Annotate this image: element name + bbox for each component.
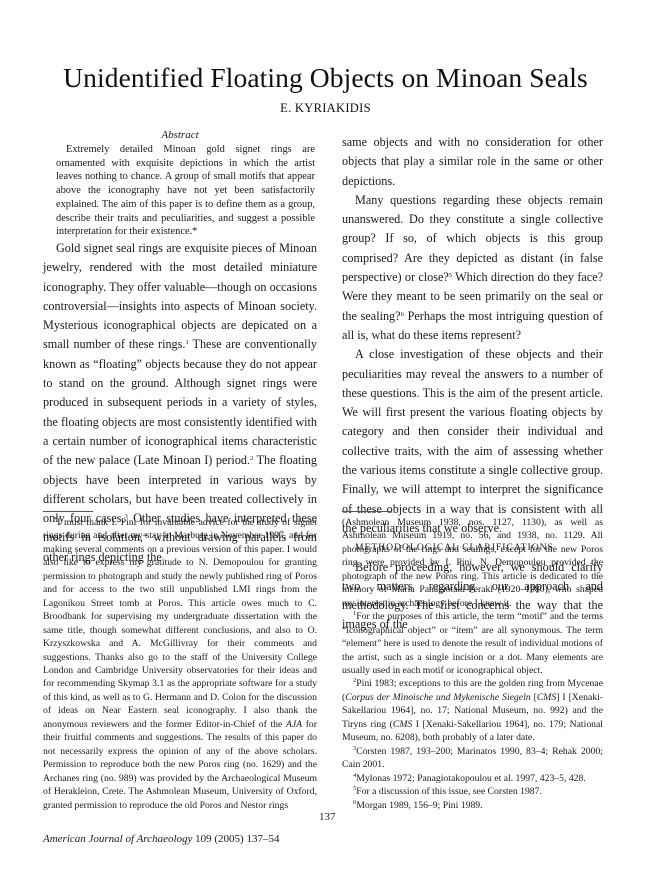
- footnote-2: 2Pini 1983; exceptions to this are the g…: [342, 677, 603, 744]
- italic-run: CMS: [537, 692, 556, 703]
- right-footnotes: (Ashmolean Museum 1938, nos. 1127, 1130)…: [342, 516, 603, 812]
- italic-run: Corpus der Minoische und Mykenische Sieg…: [345, 692, 530, 703]
- text-run: For the purposes of this article, the te…: [342, 611, 603, 676]
- abstract-text: Extremely detailed Minoan gold signet ri…: [56, 143, 315, 239]
- text-run: Morgan 1989, 156–9; Pini 1989.: [356, 800, 482, 811]
- questions-paragraph: Many questions regarding these objects r…: [342, 191, 603, 345]
- journal-volume: 109 (2005) 137–54: [192, 833, 279, 845]
- journal-citation: American Journal of Archaeology 109 (200…: [43, 833, 279, 845]
- footnote-4: 4Mylonas 1972; Panagiotakopoulou et al. …: [342, 772, 603, 785]
- abstract-heading: Abstract: [43, 129, 317, 141]
- left-footnotes: *I must thank I. Pini for invaluable adv…: [43, 516, 317, 812]
- text-run: For a discussion of this issue, see Cors…: [356, 786, 542, 797]
- footnote-star: *I must thank I. Pini for invaluable adv…: [43, 516, 317, 812]
- journal-abbrev: AJA: [286, 719, 302, 730]
- footnote-1: 1For the purposes of this article, the t…: [342, 610, 603, 677]
- footnote-divider-right: [342, 511, 392, 512]
- abstract-block: Extremely detailed Minoan gold signet ri…: [56, 143, 315, 239]
- text-run: Corsten 1987, 193–200; Marinatos 1990, 8…: [342, 746, 603, 770]
- journal-title: American Journal of Archaeology: [43, 833, 192, 845]
- footnote-3: 3Corsten 1987, 193–200; Marinatos 1990, …: [342, 745, 603, 772]
- footnote-5: 5For a discussion of this issue, see Cor…: [342, 785, 603, 798]
- footnote-star-continued: (Ashmolean Museum 1938, nos. 1127, 1130)…: [342, 516, 603, 610]
- italic-run: CMS: [393, 719, 412, 730]
- text-run: I must thank I. Pini for invaluable advi…: [43, 517, 317, 730]
- aim-paragraph: A close investigation of these objects a…: [342, 345, 603, 538]
- text-run: Gold signet seal rings are exquisite pie…: [43, 241, 317, 351]
- text-run: These are conventionally known as “float…: [43, 337, 317, 467]
- article-author: E. KYRIAKIDIS: [0, 101, 651, 116]
- page-number: 137: [319, 811, 336, 823]
- text-run: Mylonas 1972; Panagiotakopoulou et al. 1…: [356, 773, 586, 784]
- article-title: Unidentified Floating Objects on Minoan …: [0, 62, 651, 94]
- footnote-divider-left: [43, 511, 93, 512]
- text-run: for their fruitful comments and suggesti…: [43, 719, 317, 811]
- footnote-6: 6Morgan 1989, 156–9; Pini 1989.: [342, 799, 603, 812]
- continued-paragraph: same objects and with no consideration f…: [342, 133, 603, 191]
